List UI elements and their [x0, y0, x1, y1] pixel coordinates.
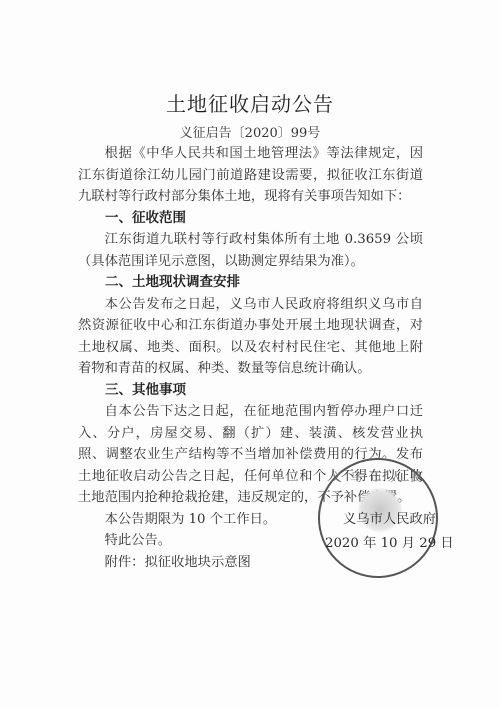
signature-date: 2020 年 10 月 29 日	[325, 532, 454, 551]
section-heading-survey: 二、土地现状调查安排	[78, 272, 423, 294]
intro-paragraph: 根据《中华人民共和国土地管理法》等法律规定，因江东街道徐江幼儿园门前道路建设需要…	[78, 143, 423, 208]
document-number: 义征启告〔2020〕99号	[0, 122, 500, 141]
section-heading-other: 三、其他事项	[78, 380, 423, 402]
seal-text: 义乌市人民	[320, 468, 440, 485]
section-text-scope: 江东街道九联村等行政村集体所有土地 0.3659 公顷（具体范围详见示意图，以勘…	[78, 229, 423, 272]
document-page: 土地征收启动公告 义征启告〔2020〕99号 根据《中华人民共和国土地管理法》等…	[0, 0, 500, 707]
signature-organization: 义乌市人民政府	[343, 508, 436, 527]
document-title: 土地征收启动公告	[0, 88, 500, 117]
section-heading-scope: 一、征收范围	[78, 208, 423, 230]
section-text-survey: 本公告发布之日起，义乌市人民政府将组织义乌市自然资源征收中心和江东街道办事处开展…	[78, 294, 423, 380]
